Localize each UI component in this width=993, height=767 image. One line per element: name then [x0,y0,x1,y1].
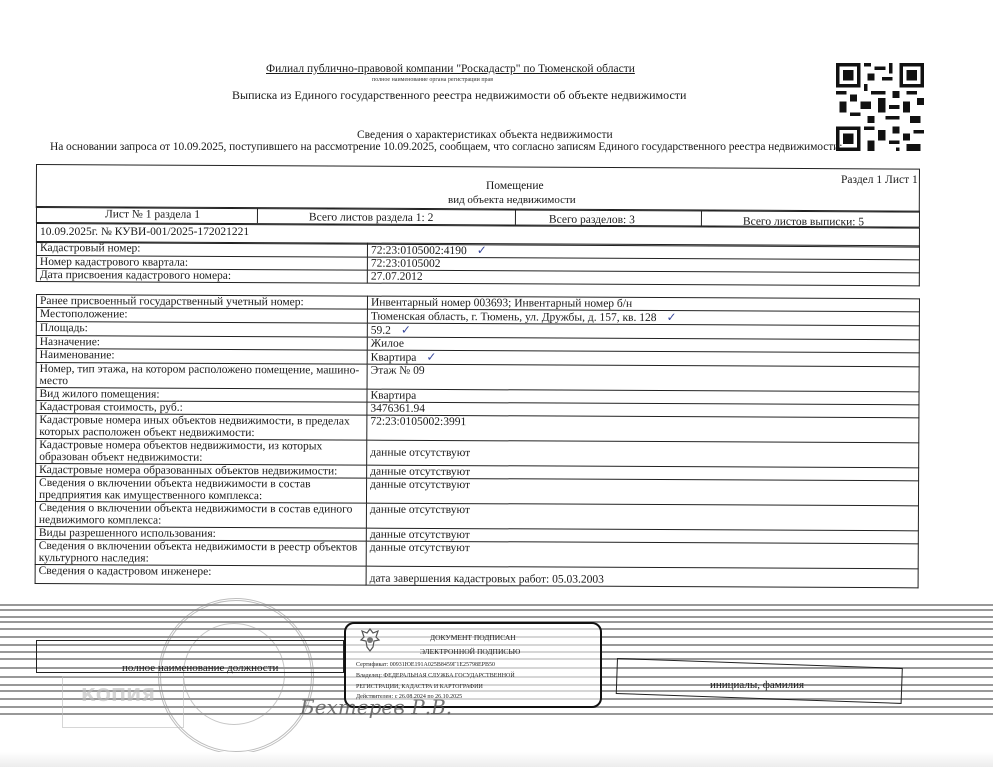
area-value: 59.2 [371,325,391,337]
row-label: Кадастровые номера объектов недвижимости… [36,439,367,466]
row-label: Номер, тип этажа, на котором расположено… [36,363,367,390]
signature-stamp-line2: ЭЛЕКТРОННОЙ ПОДПИСЬЮ [420,647,520,656]
row-label: Сведения о включении объекта недвижимост… [35,477,366,504]
cadastral-number-value: 72:23:0105002:4190 [371,245,467,257]
row-label: Дата присвоения кадастрового номера: [36,269,367,284]
row-value: данные отсутствуют [367,440,919,468]
row-label: Назначение: [36,336,367,351]
sheet-number: Лист № 1 раздела 1 [105,208,200,220]
check-mark-icon: ✓ [401,323,411,337]
organization-caption: полное наименование органа регистрации п… [372,77,493,83]
document-title: Выписка из Единого государственного реес… [232,88,686,103]
handwritten-signature: Бехтерев Р.В. [300,695,452,719]
certificate-number: Сертификат: 00931ЮЕ191А025В8459Г1Е25798Е… [356,662,495,668]
table-row: Кадастровые номера иных объектов недвижи… [36,414,919,443]
row-label: Сведения о кадастровом инженере: [35,564,366,585]
signature-stamp-line1: ДОКУМЕНТ ПОДПИСАН [430,633,516,642]
registration-number: 10.09.2025г. № КУВИ-001/2025-172021221 [40,226,249,238]
cadastral-table: Кадастровый номер: 72:23:0105002:4190✓ Н… [36,241,920,286]
row-label: Сведения о включении объекта недвижимост… [35,539,366,566]
check-mark-icon: ✓ [426,350,436,364]
name-value: Квартира [371,352,417,364]
row-value: Этаж № 09 [367,364,919,392]
row-label: Ранее присвоенный государственный учетны… [36,295,367,310]
page-bottom-shadow [0,752,993,767]
organization-name: Филиал публично-правовой компании "Роска… [266,63,635,75]
section-title: Сведения о характеристиках объекта недви… [357,129,613,141]
row-label: Номер кадастрового квартала: [36,256,367,271]
total-sections: Всего разделов: 3 [549,214,635,226]
row-value: дата завершения кадастровых работ: 05.03… [366,566,918,588]
request-basis-text: На основании запроса от 10.09.2025, пост… [50,141,842,153]
row-label: Кадастровые номера образованных объектов… [36,464,367,479]
object-type-caption: вид объекта недвижимости [448,194,576,206]
state-emblem-icon [358,627,382,653]
check-mark-icon: ✓ [477,243,487,257]
row-label: Кадастровые номера иных объектов недвижи… [36,414,367,441]
position-caption: полное наименование должности [122,662,278,674]
table-row: Сведения о кадастровом инженере:дата зав… [35,564,918,587]
object-type: Помещение [486,180,544,192]
characteristics-table: Ранее присвоенный государственный учетны… [35,294,920,588]
qr-code-icon [836,63,924,151]
check-mark-icon: ✓ [666,310,676,324]
row-label: Вид жилого помещения: [36,388,367,403]
total-sheets-section: Всего листов раздела 1: 2 [309,211,433,224]
row-value: 27.07.2012 [367,270,919,286]
extract-document-page: Филиал публично-правовой компании "Роска… [0,0,993,767]
address-value: Тюменская область, г. Тюмень, ул. Дружбы… [371,311,657,324]
row-label: Виды разрешенного использования: [35,526,366,541]
table-row: Сведения о включении объекта недвижимост… [35,477,918,506]
table-row: Кадастровые номера объектов недвижимости… [36,439,919,468]
row-value: данные отсутствуют [366,478,918,506]
certificate-owner-line2: РЕГИСТРАЦИИ, КАДАСТРА И КАРТОГРАФИИ [356,684,483,690]
certificate-owner-line1: Владелец: ФЕДЕРАЛЬНАЯ СЛУЖБА ГОСУДАРСТВЕ… [356,673,515,679]
row-label: Кадастровая стоимость, руб.: [36,401,367,416]
faint-rectangular-stamp: КОПИЯ [62,676,184,728]
row-value: данные отсутствуют [366,541,918,569]
initials-caption: инициалы, фамилия [710,679,804,691]
row-label: Сведения о включении объекта недвижимост… [35,501,366,528]
row-value: 72:23:0105002:3991 [367,415,919,443]
row-value: данные отсутствуют [366,503,918,531]
